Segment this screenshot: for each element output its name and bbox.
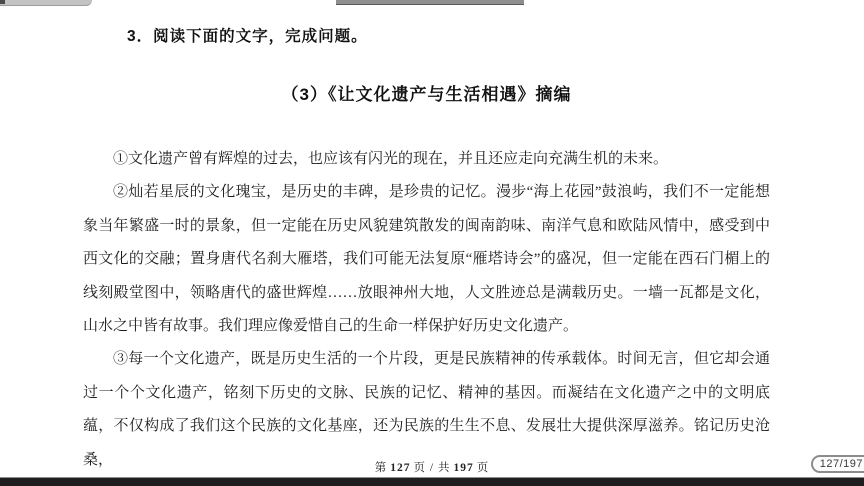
footer-page-indicator: 第127页 / 共197页 (0, 459, 864, 475)
page-number-badge[interactable]: 127/197 (811, 455, 864, 473)
footer-prefix: 第 (375, 462, 388, 474)
passage-title: （3）《让文化遗产与生活相遇》摘编 (83, 83, 770, 107)
paragraph-1: ①文化遗产曾有辉煌的过去，也应该有闪光的现在，并且还应走向充满生机的未来。 (83, 143, 770, 176)
footer-total-pages: 197 (453, 462, 473, 474)
question-instruction: 3．阅读下面的文字，完成问题。 (127, 26, 770, 47)
document-page: 3．阅读下面的文字，完成问题。 （3）《让文化遗产与生活相遇》摘编 ①文化遗产曾… (83, 0, 770, 477)
footer-middle: 页 / 共 (414, 462, 451, 474)
passage-body: ①文化遗产曾有辉煌的过去，也应该有闪光的现在，并且还应走向充满生机的未来。 ②灿… (83, 143, 770, 477)
paragraph-2: ②灿若星辰的文化瑰宝，是历史的丰碑，是珍贵的记忆。漫步“海上花园”鼓浪屿，我们不… (83, 176, 770, 343)
paragraph-3: ③每一个文化遗产，既是历史生活的一个片段，更是民族精神的传承载体。时间无言，但它… (83, 343, 770, 477)
top-left-dark-corner (0, 0, 5, 4)
footer-current-page: 127 (390, 462, 410, 474)
footer-suffix: 页 (477, 462, 490, 474)
top-left-tab-remnant (0, 0, 92, 6)
bottom-bar (0, 477, 864, 486)
